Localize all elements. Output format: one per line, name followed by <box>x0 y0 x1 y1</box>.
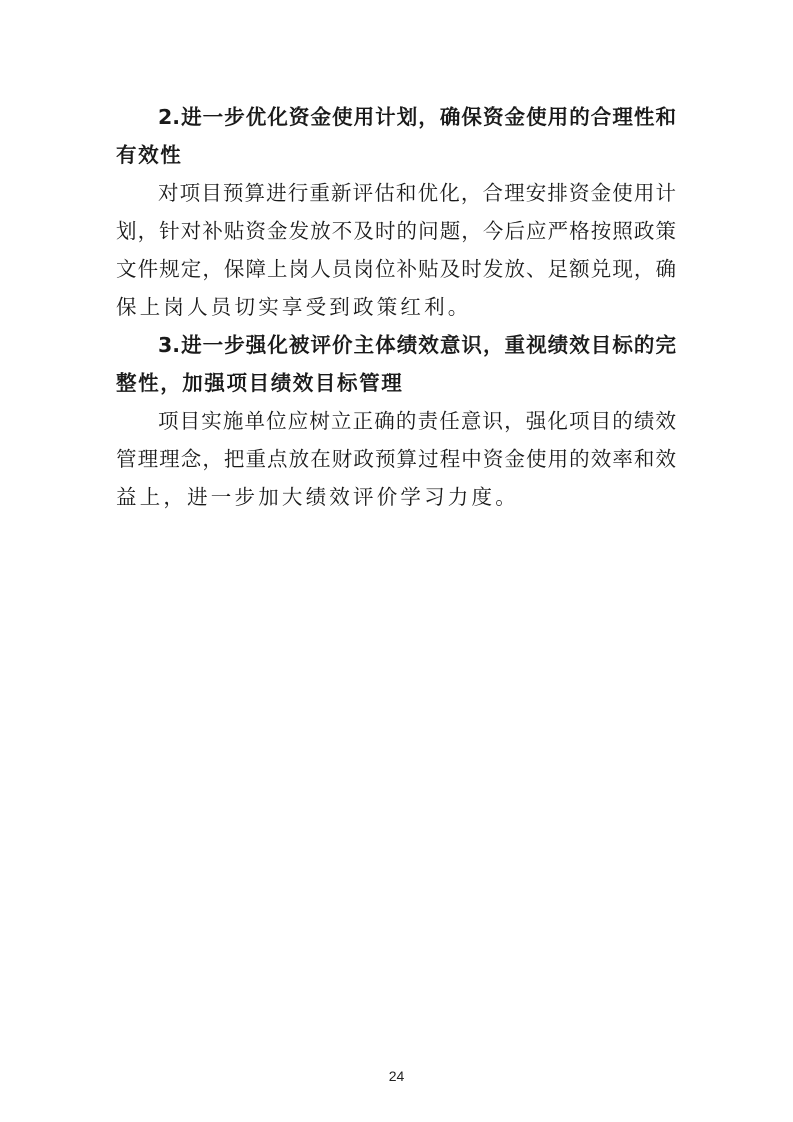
section-2-heading-line-2: 有效性 <box>116 141 676 169</box>
section-3-body-line-2: 管理理念，把重点放在财政预算过程中资金使用的效率和效 <box>116 445 676 473</box>
section-2-body-line-3: 文件规定，保障上岗人员岗位补贴及时发放、足额兑现，确 <box>116 255 676 283</box>
section-3-body-line-1: 项目实施单位应树立正确的责任意识，强化项目的绩效 <box>158 407 676 435</box>
section-2-body-line-2: 划，针对补贴资金发放不及时的问题，今后应严格按照政策 <box>116 217 676 245</box>
section-2-heading-line-1: 2.进一步优化资金使用计划，确保资金使用的合理性和 <box>158 103 676 131</box>
section-3-heading-line-2: 整性，加强项目绩效目标管理 <box>116 369 676 397</box>
section-3-heading-line-1: 3.进一步强化被评价主体绩效意识，重视绩效目标的完 <box>158 331 676 359</box>
page-number: 24 <box>0 1068 793 1084</box>
section-2-body-line-4: 保上岗人员切实享受到政策红利。 <box>116 293 676 321</box>
section-3-body-line-3: 益上，进一步加大绩效评价学习力度。 <box>116 483 676 511</box>
document-page: 2.进一步优化资金使用计划，确保资金使用的合理性和 有效性 对项目预算进行重新评… <box>0 0 793 1122</box>
section-2-body-line-1: 对项目预算进行重新评估和优化，合理安排资金使用计 <box>158 179 676 207</box>
